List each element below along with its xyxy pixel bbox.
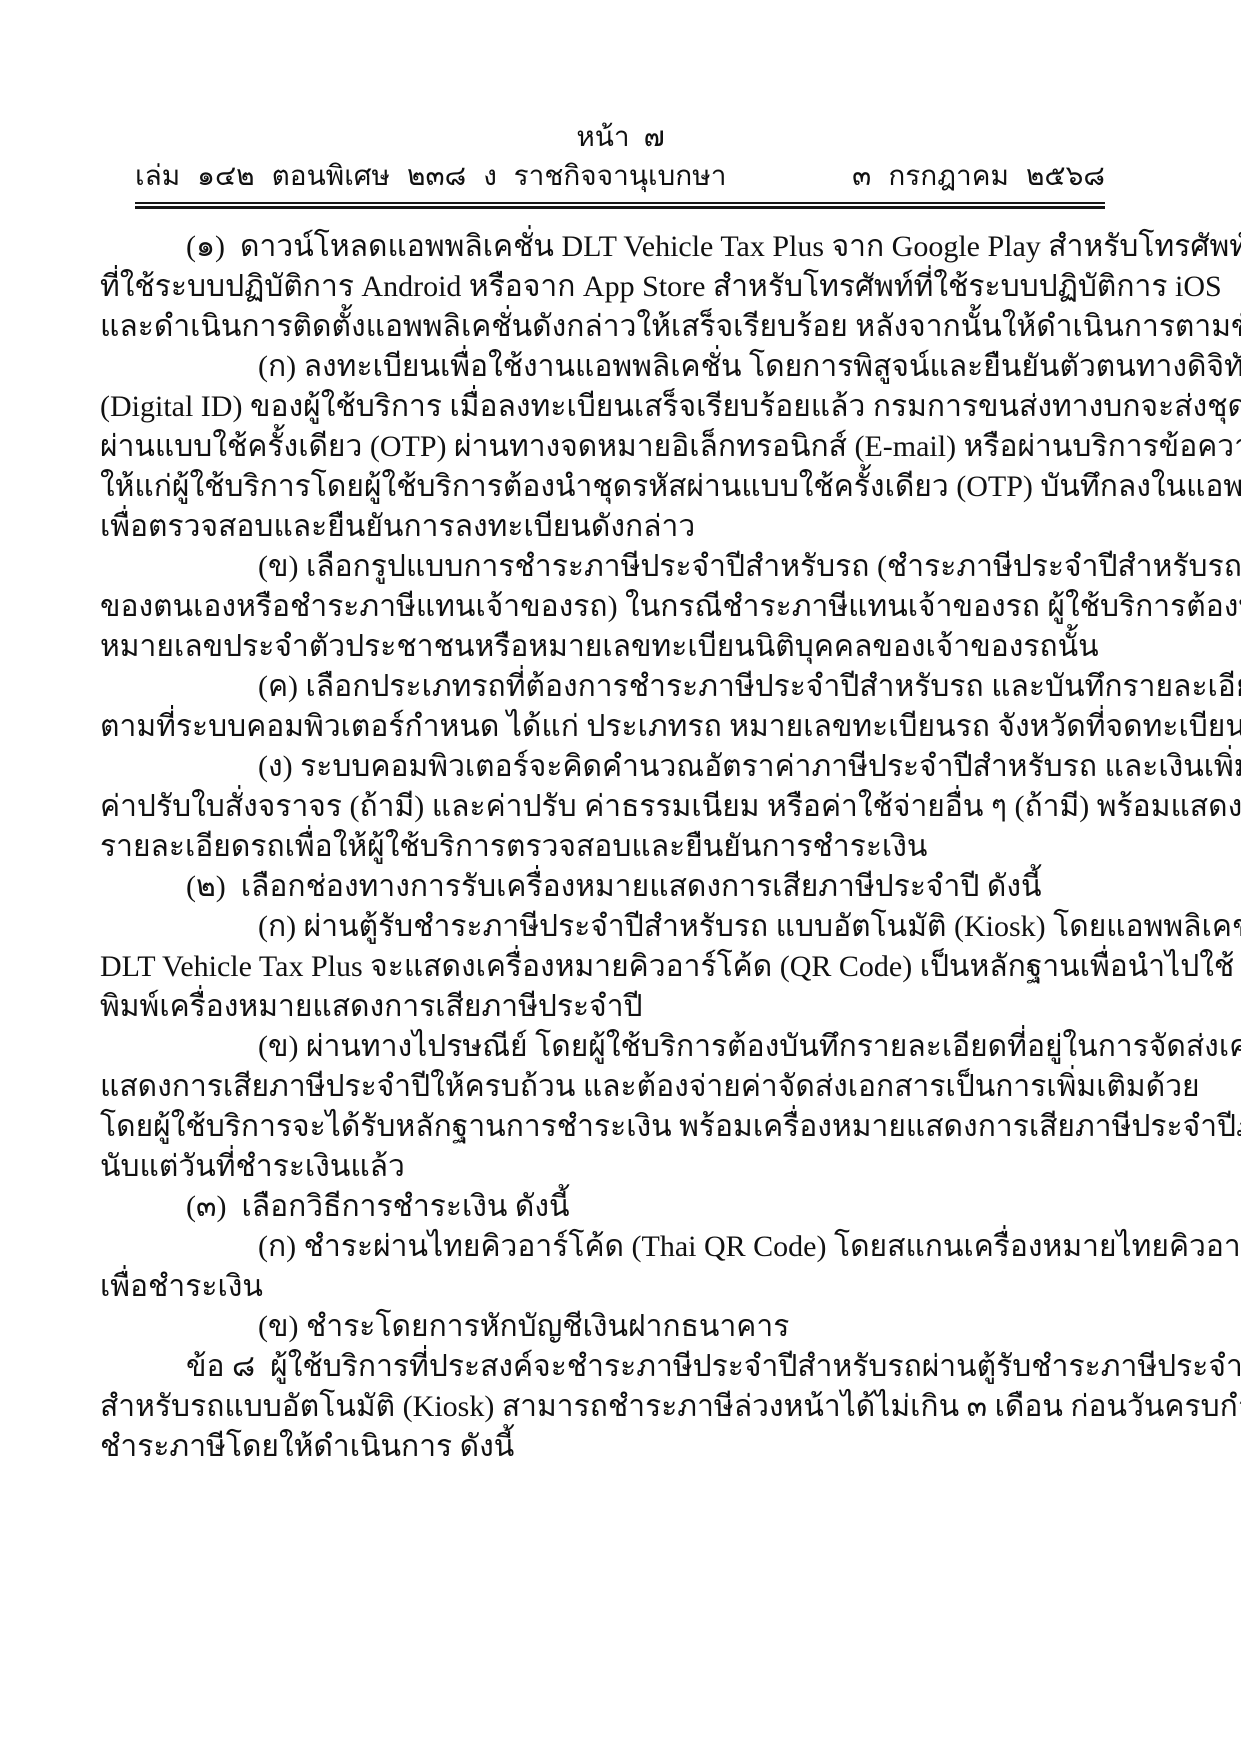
- paragraph: (๒) เลือกช่องทางการรับเครื่องหมายแสดงการ…: [100, 867, 1145, 907]
- text-line: (๒) เลือกช่องทางการรับเครื่องหมายแสดงการ…: [100, 867, 1145, 907]
- paragraph: (ค) เลือกประเภทรถที่ต้องการชำระภาษีประจำ…: [100, 667, 1145, 747]
- text-line: ผ่านแบบใช้ครั้งเดียว (OTP) ผ่านทางจดหมาย…: [100, 427, 1145, 467]
- text-line: DLT Vehicle Tax Plus จะแสดงเครื่องหมายคิ…: [100, 947, 1145, 987]
- text-line: (ค) เลือกประเภทรถที่ต้องการชำระภาษีประจำ…: [100, 667, 1145, 707]
- gazette-name: ราชกิจจานุเบกษา: [514, 159, 727, 195]
- paragraph: (ง) ระบบคอมพิวเตอร์จะคิดคำนวณอัตราค่าภาษ…: [100, 747, 1145, 867]
- text-line: ตามที่ระบบคอมพิวเตอร์กำหนด ได้แก่ ประเภท…: [100, 707, 1145, 747]
- volume-issue-label: เล่ม ๑๔๒ ตอนพิเศษ ๒๓๘ ง: [135, 159, 497, 195]
- text-line: (ข) ชำระโดยการหักบัญชีเงินฝากธนาคาร: [100, 1307, 1145, 1347]
- gazette-header-row: เล่ม ๑๔๒ ตอนพิเศษ ๒๓๘ ง ราชกิจจานุเบกษา …: [135, 159, 1105, 195]
- paragraph: (ข) ผ่านทางไปรษณีย์ โดยผู้ใช้บริการต้องบ…: [100, 1027, 1145, 1187]
- text-line: (Digital ID) ของผู้ใช้บริการ เมื่อลงทะเบ…: [100, 387, 1145, 427]
- paragraph: (๑) ดาวน์โหลดแอพพลิเคชั่น DLT Vehicle Ta…: [100, 227, 1145, 347]
- text-line: ค่าปรับใบสั่งจราจร (ถ้ามี) และค่าปรับ ค่…: [100, 787, 1145, 827]
- text-line: ชำระภาษีโดยให้ดำเนินการ ดังนี้: [100, 1427, 1145, 1467]
- text-line: ข้อ ๘ ผู้ใช้บริการที่ประสงค์จะชำระภาษีปร…: [100, 1347, 1145, 1387]
- text-line: (ข) ผ่านทางไปรษณีย์ โดยผู้ใช้บริการต้องบ…: [100, 1027, 1145, 1067]
- paragraph: (๓) เลือกวิธีการชำระเงิน ดังนี้: [100, 1187, 1145, 1227]
- text-line: (ก) ชำระผ่านไทยคิวอาร์โค้ด (Thai QR Code…: [100, 1227, 1145, 1267]
- text-line: (๓) เลือกวิธีการชำระเงิน ดังนี้: [100, 1187, 1145, 1227]
- paragraph: (ก) ชำระผ่านไทยคิวอาร์โค้ด (Thai QR Code…: [100, 1227, 1145, 1307]
- paragraph: (ก) ลงทะเบียนเพื่อใช้งานแอพพลิเคชั่น โดย…: [100, 347, 1145, 547]
- paragraph: ข้อ ๘ ผู้ใช้บริการที่ประสงค์จะชำระภาษีปร…: [100, 1347, 1145, 1467]
- header-divider-rule: [135, 202, 1105, 209]
- text-line: เพื่อตรวจสอบและยืนยันการลงทะเบียนดังกล่า…: [100, 507, 1145, 547]
- text-line: ให้แก่ผู้ใช้บริการโดยผู้ใช้บริการต้องนำช…: [100, 467, 1145, 507]
- document-body: (๑) ดาวน์โหลดแอพพลิเคชั่น DLT Vehicle Ta…: [100, 227, 1145, 1467]
- paragraph: (ข) เลือกรูปแบบการชำระภาษีประจำปีสำหรับร…: [100, 547, 1145, 667]
- text-line: แสดงการเสียภาษีประจำปีให้ครบถ้วน และต้อง…: [100, 1067, 1145, 1107]
- text-line: ของตนเองหรือชำระภาษีแทนเจ้าของรถ) ในกรณี…: [100, 587, 1145, 627]
- publication-date: ๓ กรกฎาคม ๒๕๖๘: [852, 159, 1105, 195]
- text-line: โดยผู้ใช้บริการจะได้รับหลักฐานการชำระเงิ…: [100, 1107, 1145, 1147]
- text-line: สำหรับรถแบบอัตโนมัติ (Kiosk) สามารถชำระภ…: [100, 1387, 1145, 1427]
- paragraph: (ข) ชำระโดยการหักบัญชีเงินฝากธนาคาร: [100, 1307, 1145, 1347]
- text-line: (๑) ดาวน์โหลดแอพพลิเคชั่น DLT Vehicle Ta…: [100, 227, 1145, 267]
- text-line: พิมพ์เครื่องหมายแสดงการเสียภาษีประจำปี: [100, 987, 1145, 1027]
- text-line: และดำเนินการติดตั้งแอพพลิเคชั่นดังกล่าวใ…: [100, 307, 1145, 347]
- text-line: (ก) ผ่านตู้รับชำระภาษีประจำปีสำหรับรถ แบ…: [100, 907, 1145, 947]
- text-line: (ง) ระบบคอมพิวเตอร์จะคิดคำนวณอัตราค่าภาษ…: [100, 747, 1145, 787]
- text-line: รายละเอียดรถเพื่อให้ผู้ใช้บริการตรวจสอบแ…: [100, 827, 1145, 867]
- text-line: ที่ใช้ระบบปฏิบัติการ Android หรือจาก App…: [100, 267, 1145, 307]
- page-number: หน้า ๗: [0, 120, 1241, 156]
- paragraph: (ก) ผ่านตู้รับชำระภาษีประจำปีสำหรับรถ แบ…: [100, 907, 1145, 1027]
- text-line: หมายเลขประจำตัวประชาชนหรือหมายเลขทะเบียน…: [100, 627, 1145, 667]
- text-line: (ข) เลือกรูปแบบการชำระภาษีประจำปีสำหรับร…: [100, 547, 1145, 587]
- gazette-page: หน้า ๗ เล่ม ๑๔๒ ตอนพิเศษ ๒๓๘ ง ราชกิจจาน…: [0, 0, 1241, 1754]
- text-line: (ก) ลงทะเบียนเพื่อใช้งานแอพพลิเคชั่น โดย…: [100, 347, 1145, 387]
- text-line: นับแต่วันที่ชำระเงินแล้ว: [100, 1147, 1145, 1187]
- text-line: เพื่อชำระเงิน: [100, 1267, 1145, 1307]
